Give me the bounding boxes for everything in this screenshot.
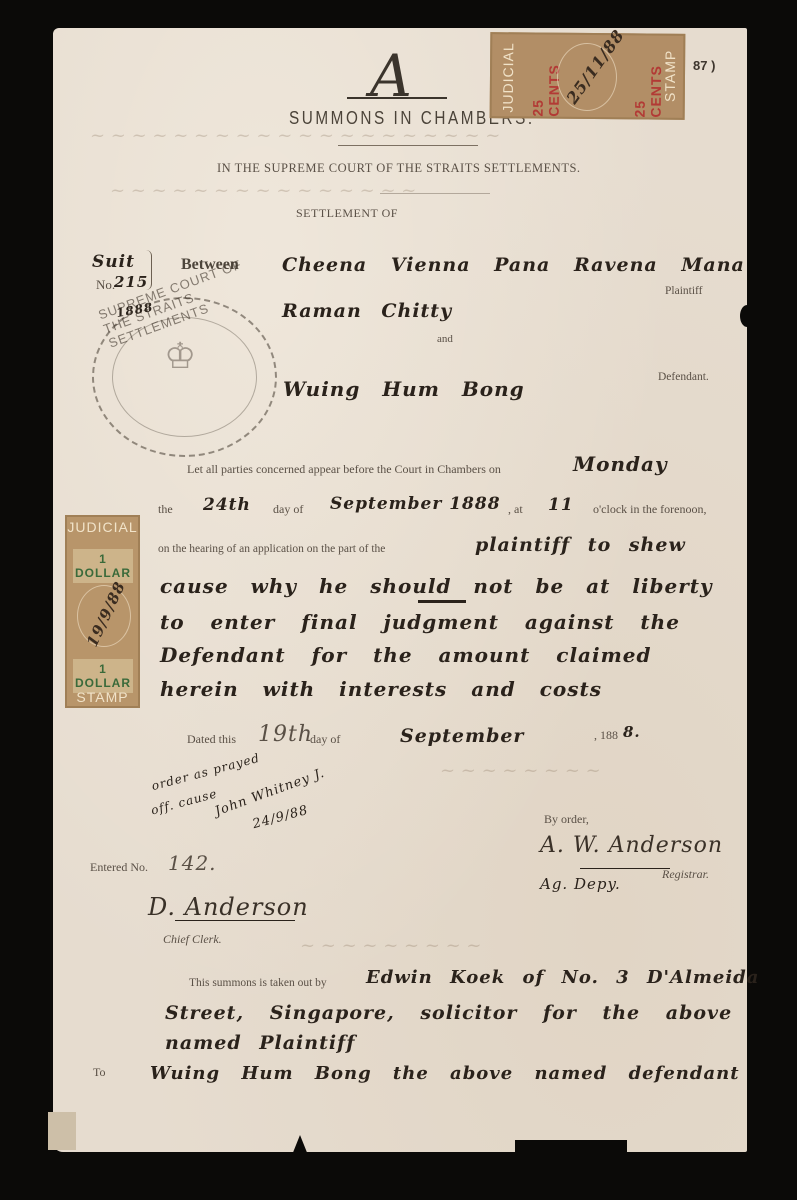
- dated-year-prefix: , 188: [594, 728, 618, 743]
- paper-corner-patch: [48, 1112, 76, 1150]
- court-heading: IN THE SUPREME COURT OF THE STRAITS SETT…: [217, 161, 581, 176]
- seal-crest-icon: ♔: [164, 335, 196, 377]
- appear-day: Monday: [573, 452, 668, 476]
- dated-day-of-label: day of: [310, 732, 340, 747]
- stamp-label-stamp: STAMP: [662, 50, 678, 102]
- plaintiff-label: Plaintiff: [665, 285, 702, 297]
- stamp-value-top: 1 DOLLAR: [73, 549, 133, 583]
- hearing-date: 24th: [203, 495, 251, 515]
- dated-year-suffix: 8.: [623, 723, 641, 741]
- body-line-3: Defendant for the amount claimed: [160, 643, 651, 667]
- court-seal: SUPREME COURT OF THE STRAITS SETTLEMENTS…: [92, 297, 277, 457]
- suit-brace: [145, 250, 152, 290]
- dated-day: 19th: [258, 722, 313, 747]
- suit-no-label: No.: [96, 277, 115, 293]
- registrar-signature-line: [580, 868, 670, 869]
- to-label: To: [93, 1065, 106, 1080]
- taken-out-line1: Edwin Koek of No. 3 D'Almeida: [366, 967, 759, 988]
- oclock-text: o'clock in the forenoon,: [593, 502, 706, 517]
- application-text: on the hearing of an application on the …: [158, 543, 385, 555]
- entered-label: Entered No.: [90, 860, 148, 875]
- paper-tear-right: [740, 305, 754, 327]
- show-through-text: ~ ~ ~ ~ ~ ~ ~ ~ ~ ~ ~ ~ ~ ~ ~: [110, 180, 416, 201]
- judicial-stamp-1-dollar: JUDICIAL 1 DOLLAR 1 DOLLAR STAMP 19/9/88: [65, 515, 140, 708]
- body-line-4: herein with interests and costs: [160, 677, 602, 701]
- registrar-note: Ag. Depy.: [540, 875, 621, 893]
- entered-number: 142.: [168, 851, 217, 875]
- settlement-label: SETTLEMENT OF: [296, 206, 398, 221]
- defendant-name: Wuing Hum Bong: [283, 377, 525, 401]
- the-label: the: [158, 502, 173, 517]
- and-label: and: [437, 333, 453, 345]
- hearing-hour: 11: [548, 495, 574, 515]
- body-line-1: cause why he should not be at liberty: [160, 574, 713, 598]
- stamp-label-stamp: STAMP: [67, 689, 138, 705]
- day-of-label: day of: [273, 502, 303, 517]
- stamp-label-judicial: JUDICIAL: [67, 519, 138, 535]
- dated-label: Dated this: [187, 732, 236, 747]
- taken-out-label: This summons is taken out by: [189, 977, 327, 989]
- to-value: Wuing Hum Bong the above named defendant: [150, 1063, 740, 1084]
- defendant-label: Defendant.: [658, 371, 709, 383]
- plaintiff-name-line2: Raman Chitty: [282, 300, 452, 322]
- stamp-value-bottom: 1 DOLLAR: [73, 659, 133, 693]
- court-rule: [380, 193, 490, 194]
- chief-clerk-label: Chief Clerk.: [163, 932, 222, 947]
- chief-clerk-signature: D. Anderson: [148, 893, 309, 921]
- by-order-label: By order,: [544, 812, 589, 827]
- judicial-stamp-25-cents: JUDICIAL 25 CENTS 25 CENTS STAMP 25/11/8…: [490, 32, 686, 120]
- suit-label: Suit: [92, 252, 135, 272]
- show-through-text: ~ ~ ~ ~ ~ ~ ~ ~: [440, 760, 601, 781]
- hearing-month-year: September 1888: [330, 494, 501, 514]
- stamp-label-judicial: JUDICIAL: [500, 42, 517, 112]
- applicant: plaintiff to shew: [475, 534, 686, 556]
- plaintiff-name-line1: Cheena Vienna Pana Ravena Mana: [282, 254, 745, 276]
- appear-text: Let all parties concerned appear before …: [187, 462, 501, 477]
- body-line-2: to enter final judgment against the: [160, 610, 680, 634]
- dated-month: September: [400, 725, 524, 747]
- strikethrough-mark: [418, 600, 466, 603]
- form-number: 87 ): [693, 58, 715, 73]
- chief-clerk-signature-line: [175, 920, 295, 921]
- taken-out-line2: Street, Singapore, solicitor for the abo…: [165, 1002, 732, 1024]
- at-label: , at: [508, 502, 523, 517]
- suit-number: 215: [114, 273, 148, 291]
- show-through-text: ~ ~ ~ ~ ~ ~ ~ ~ ~: [300, 935, 482, 956]
- form-mark-underline: [347, 97, 447, 99]
- registrar-label: Registrar.: [662, 867, 709, 882]
- paper-tear-bottom-wide: [515, 1140, 627, 1154]
- stamp-value-right: 25 CENTS: [632, 45, 665, 117]
- form-mark: A: [370, 42, 412, 110]
- title-rule: [338, 145, 478, 146]
- registrar-signature: A. W. Anderson: [540, 833, 723, 858]
- taken-out-line3: named Plaintiff: [165, 1032, 355, 1054]
